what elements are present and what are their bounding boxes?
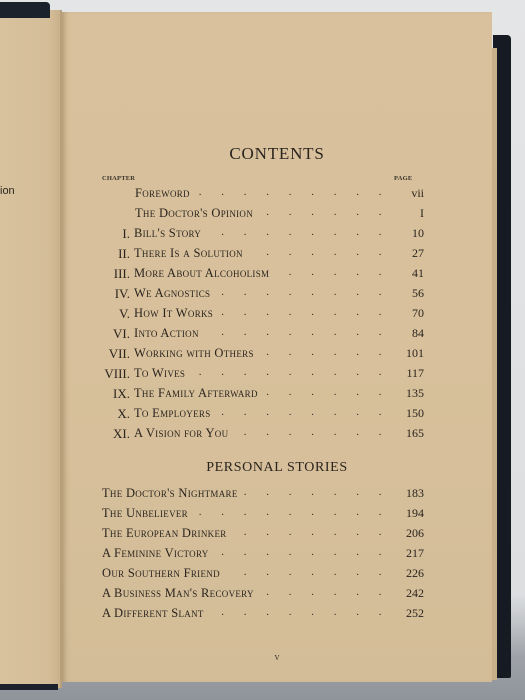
chapter-page-number: 56 — [384, 286, 424, 301]
chapter-title: Bill's Story — [134, 226, 201, 241]
chapter-title: A Vision for You — [134, 426, 228, 441]
story-row: A Feminine Victory. . . . . . . . . . . … — [62, 546, 492, 564]
chapter-page-number: 10 — [384, 226, 424, 241]
leader-dots: . . . . . . . . . . . . . . . . . . . . … — [260, 586, 390, 598]
leader-dots: . . . . . . . . . . . . . . . . . . . . … — [226, 566, 390, 578]
toc-row: The Doctor's Opinion. . . . . . . . . . … — [62, 206, 492, 224]
chapter-page-number: vii — [384, 186, 424, 201]
chapter-page-number: 84 — [384, 326, 424, 341]
toc-row: XI.A Vision for You. . . . . . . . . . .… — [62, 426, 492, 444]
leader-dots: . . . . . . . . . . . . . . . . . . . . … — [215, 546, 390, 558]
chapter-title: The Family Afterward — [134, 386, 258, 401]
story-title: The Unbeliever — [102, 506, 188, 521]
toc-row: VI.Into Action. . . . . . . . . . . . . … — [62, 326, 492, 344]
chapter-page-number: 150 — [384, 406, 424, 421]
chapter-page-number: 70 — [384, 306, 424, 321]
leader-dots: . . . . . . . . . . . . . . . . . . . . … — [210, 606, 390, 618]
toc-row: III.More About Alcoholism. . . . . . . .… — [62, 266, 492, 284]
chapter-page-number: 41 — [384, 266, 424, 281]
story-row: The Unbeliever. . . . . . . . . . . . . … — [62, 506, 492, 524]
story-title: The European Drinker — [102, 526, 227, 541]
page-column-label: PAGE — [394, 175, 412, 182]
left-cover-top — [0, 2, 50, 18]
chapter-title: How It Works — [134, 306, 213, 321]
left-page-text-fragment: ion — [0, 185, 15, 197]
chapter-number: V. — [62, 306, 130, 322]
leader-dots: . . . . . . . . . . . . . . . . . . . . … — [275, 266, 390, 278]
chapter-title: The Doctor's Opinion — [135, 206, 253, 221]
leader-dots: . . . . . . . . . . . . . . . . . . . . … — [234, 426, 390, 438]
toc-row: VIII.To Wives. . . . . . . . . . . . . .… — [62, 366, 492, 384]
story-row: A Business Man's Recovery. . . . . . . .… — [62, 586, 492, 604]
chapter-number: VIII. — [62, 366, 130, 382]
left-page: ion — [0, 10, 62, 688]
chapter-number: IV. — [62, 286, 130, 302]
chapter-title: To Employers — [134, 406, 211, 421]
toc-row: Foreword. . . . . . . . . . . . . . . . … — [62, 186, 492, 204]
story-page-number: 252 — [384, 606, 424, 621]
leader-dots: . . . . . . . . . . . . . . . . . . . . … — [219, 306, 390, 318]
chapter-title: More About Alcoholism — [134, 266, 269, 281]
chapter-title: Foreword — [135, 186, 190, 201]
leader-dots: . . . . . . . . . . . . . . . . . . . . … — [264, 386, 390, 398]
story-row: Our Southern Friend. . . . . . . . . . .… — [62, 566, 492, 584]
story-page-number: 206 — [384, 526, 424, 541]
story-title: The Doctor's Nightmare — [102, 486, 238, 501]
leader-dots: . . . . . . . . . . . . . . . . . . . . … — [244, 486, 390, 498]
leader-dots: . . . . . . . . . . . . . . . . . . . . … — [216, 286, 390, 298]
chapter-number: X. — [62, 406, 130, 422]
story-row: The European Drinker. . . . . . . . . . … — [62, 526, 492, 544]
leader-dots: . . . . . . . . . . . . . . . . . . . . … — [260, 346, 390, 358]
contents-page: CONTENTS CHAPTER PAGE Foreword. . . . . … — [62, 12, 492, 682]
book-photo: ion CONTENTS CHAPTER PAGE Foreword. . . … — [0, 0, 525, 700]
toc-row: V.How It Works. . . . . . . . . . . . . … — [62, 306, 492, 324]
toc-row: I.Bill's Story. . . . . . . . . . . . . … — [62, 226, 492, 244]
leader-dots: . . . . . . . . . . . . . . . . . . . . … — [194, 506, 390, 518]
story-row: A Different Slant. . . . . . . . . . . .… — [62, 606, 492, 624]
chapter-number: IX. — [62, 386, 130, 402]
leader-dots: . . . . . . . . . . . . . . . . . . . . … — [191, 366, 390, 378]
story-title: A Business Man's Recovery — [102, 586, 254, 601]
chapter-title: There Is a Solution — [134, 246, 243, 261]
chapter-number: XI. — [62, 426, 130, 442]
section-title: PERSONAL STORIES — [62, 460, 492, 476]
toc-row: VII.Working with Others. . . . . . . . .… — [62, 346, 492, 364]
story-page-number: 183 — [384, 486, 424, 501]
story-title: A Feminine Victory — [102, 546, 209, 561]
story-page-number: 242 — [384, 586, 424, 601]
leader-dots: . . . . . . . . . . . . . . . . . . . . … — [259, 206, 390, 218]
page-title: CONTENTS — [62, 144, 492, 164]
chapter-page-number: 27 — [384, 246, 424, 261]
leader-dots: . . . . . . . . . . . . . . . . . . . . … — [196, 186, 390, 198]
chapter-number: VI. — [62, 326, 130, 342]
chapter-page-number: 117 — [384, 366, 424, 381]
chapter-title: To Wives — [134, 366, 185, 381]
chapter-page-number: I — [384, 206, 424, 221]
story-title: A Different Slant — [102, 606, 204, 621]
story-page-number: 194 — [384, 506, 424, 521]
page-folio: v — [62, 652, 492, 663]
chapter-number: I. — [62, 226, 130, 242]
leader-dots: . . . . . . . . . . . . . . . . . . . . … — [217, 406, 390, 418]
chapter-page-number: 165 — [384, 426, 424, 441]
left-cover-bottom — [0, 684, 58, 690]
chapter-title: Working with Others — [134, 346, 254, 361]
toc-row: X.To Employers. . . . . . . . . . . . . … — [62, 406, 492, 424]
chapter-number: III. — [62, 266, 130, 282]
chapter-title: We Agnostics — [134, 286, 210, 301]
story-title: Our Southern Friend — [102, 566, 220, 581]
chapter-number: II. — [62, 246, 130, 262]
story-page-number: 217 — [384, 546, 424, 561]
leader-dots: . . . . . . . . . . . . . . . . . . . . … — [249, 246, 390, 258]
story-page-number: 226 — [384, 566, 424, 581]
chapter-column-label: CHAPTER — [102, 175, 135, 182]
right-page-edge — [492, 48, 497, 680]
toc-row: IV.We Agnostics. . . . . . . . . . . . .… — [62, 286, 492, 304]
leader-dots: . . . . . . . . . . . . . . . . . . . . … — [205, 326, 390, 338]
toc-row: II.There Is a Solution. . . . . . . . . … — [62, 246, 492, 264]
chapter-number: VII. — [62, 346, 130, 362]
chapter-title: Into Action — [134, 326, 199, 341]
story-row: The Doctor's Nightmare. . . . . . . . . … — [62, 486, 492, 504]
leader-dots: . . . . . . . . . . . . . . . . . . . . … — [207, 226, 390, 238]
chapter-page-number: 135 — [384, 386, 424, 401]
chapter-page-number: 101 — [384, 346, 424, 361]
leader-dots: . . . . . . . . . . . . . . . . . . . . … — [233, 526, 390, 538]
toc-row: IX.The Family Afterward. . . . . . . . .… — [62, 386, 492, 404]
